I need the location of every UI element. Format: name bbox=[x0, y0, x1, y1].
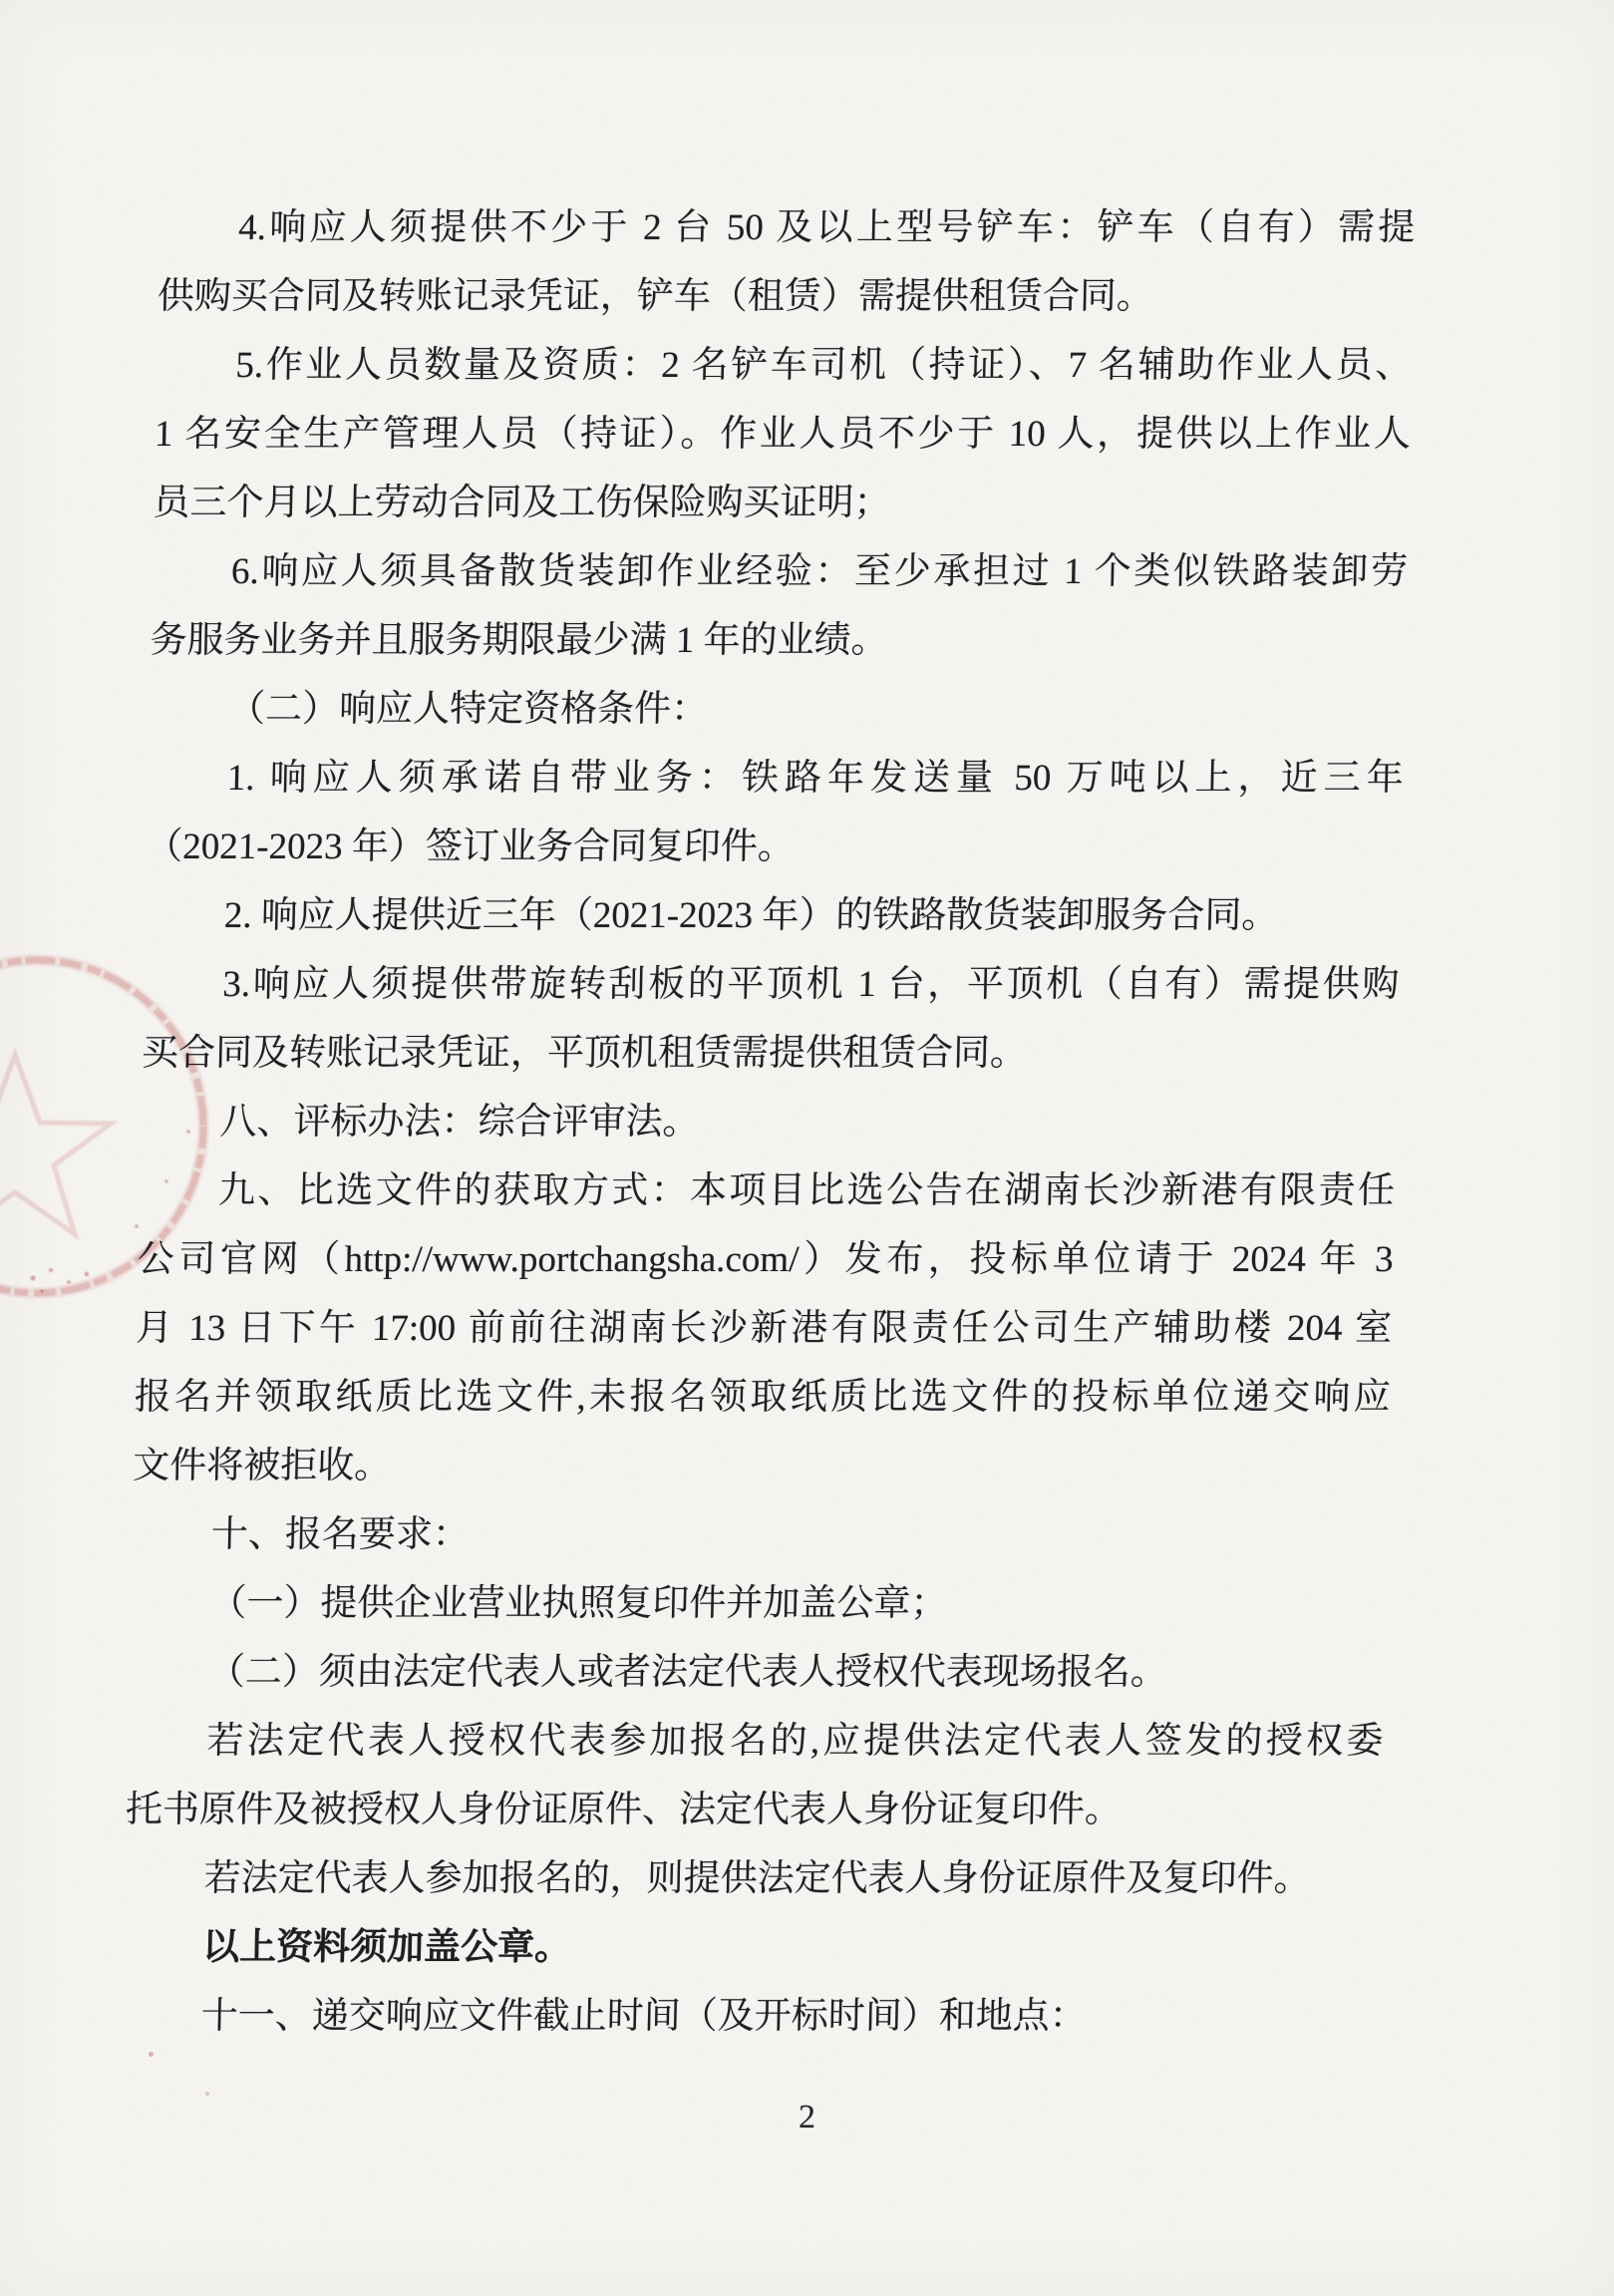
text-line: 十、报名要求： bbox=[131, 1500, 1388, 1569]
text-line: 月 13 日下午 17:00 前前往湖南长沙新港有限责任公司生产辅助楼 204 … bbox=[135, 1294, 1392, 1363]
text-line: 八、评标办法：综合评审法。 bbox=[140, 1088, 1397, 1156]
text-line: （一）提供企业营业执照复印件并加盖公章； bbox=[130, 1569, 1387, 1638]
text-line: （2021-2023 年）签订业务合同复印件。 bbox=[146, 813, 1403, 881]
text-line: 2. 响应人提供近三年（2021-2023 年）的铁路散货装卸服务合同。 bbox=[144, 881, 1401, 950]
text-line: 员三个月以上劳动合同及工伤保险购买证明； bbox=[153, 469, 1410, 537]
text-line: 5.作业人员数量及资质：2 名铲车司机（持证）、7 名辅助作业人员、 bbox=[156, 331, 1413, 400]
text-line: 报名并领取纸质比选文件,未报名领取纸质比选文件的投标单位递交响应 bbox=[134, 1363, 1391, 1432]
red-speck bbox=[205, 2092, 209, 2096]
text-line: 若法定代表人授权代表参加报名的,应提供法定代表人签发的授权委 bbox=[127, 1707, 1384, 1776]
text-line: 1 名安全生产管理人员（持证）。作业人员不少于 10 人，提供以上作业人 bbox=[154, 400, 1411, 469]
text-line: 公司官网（http://www.portchangsha.com/）发布，投标单… bbox=[137, 1225, 1394, 1294]
text-line: 3.响应人须提供带旋转刮板的平顶机 1 台，平顶机（自有）需提供购 bbox=[143, 950, 1400, 1019]
text-line: 务服务业务并且服务期限最少满 1 年的业绩。 bbox=[150, 606, 1407, 675]
text-line: 买合同及转账记录凭证，平顶机租赁需提供租赁合同。 bbox=[141, 1019, 1398, 1088]
page-number: 2 bbox=[0, 2099, 1614, 2136]
text-line: 4.响应人须提供不少于 2 台 50 及以上型号铲车：铲车（自有）需提 bbox=[159, 193, 1416, 262]
text-line: 十一、递交响应文件截止时间（及开标时间）和地点： bbox=[121, 1982, 1378, 2051]
text-line: 九、比选文件的获取方式：本项目比选公告在湖南长沙新港有限责任 bbox=[138, 1156, 1395, 1225]
text-line: 1. 响应人须承诺自带业务：铁路年发送量 50 万吨以上，近三年 bbox=[147, 744, 1404, 813]
text-line: 供购买合同及转账记录凭证，铲车（租赁）需提供租赁合同。 bbox=[157, 262, 1414, 331]
text-line: （二）响应人特定资格条件： bbox=[148, 675, 1405, 744]
text-line: 若法定代表人参加报名的，则提供法定代表人身份证原件及复印件。 bbox=[124, 1844, 1381, 1913]
text-line: （二）须由法定代表人或者法定代表人授权代表现场报名。 bbox=[128, 1638, 1385, 1707]
document-body: 4.响应人须提供不少于 2 台 50 及以上型号铲车：铲车（自有）需提供购买合同… bbox=[0, 193, 1614, 2051]
red-speck bbox=[149, 2052, 154, 2057]
text-line: 文件将被拒收。 bbox=[133, 1432, 1390, 1500]
text-line: 以上资料须加盖公章。 bbox=[122, 1913, 1379, 1982]
text-line: 6.响应人须具备散货装卸作业经验：至少承担过 1 个类似铁路装卸劳 bbox=[151, 537, 1408, 606]
document-page: 4.响应人须提供不少于 2 台 50 及以上型号铲车：铲车（自有）需提供购买合同… bbox=[0, 0, 1614, 2296]
text-line: 托书原件及被授权人身份证原件、法定代表人身份证复印件。 bbox=[125, 1776, 1382, 1844]
